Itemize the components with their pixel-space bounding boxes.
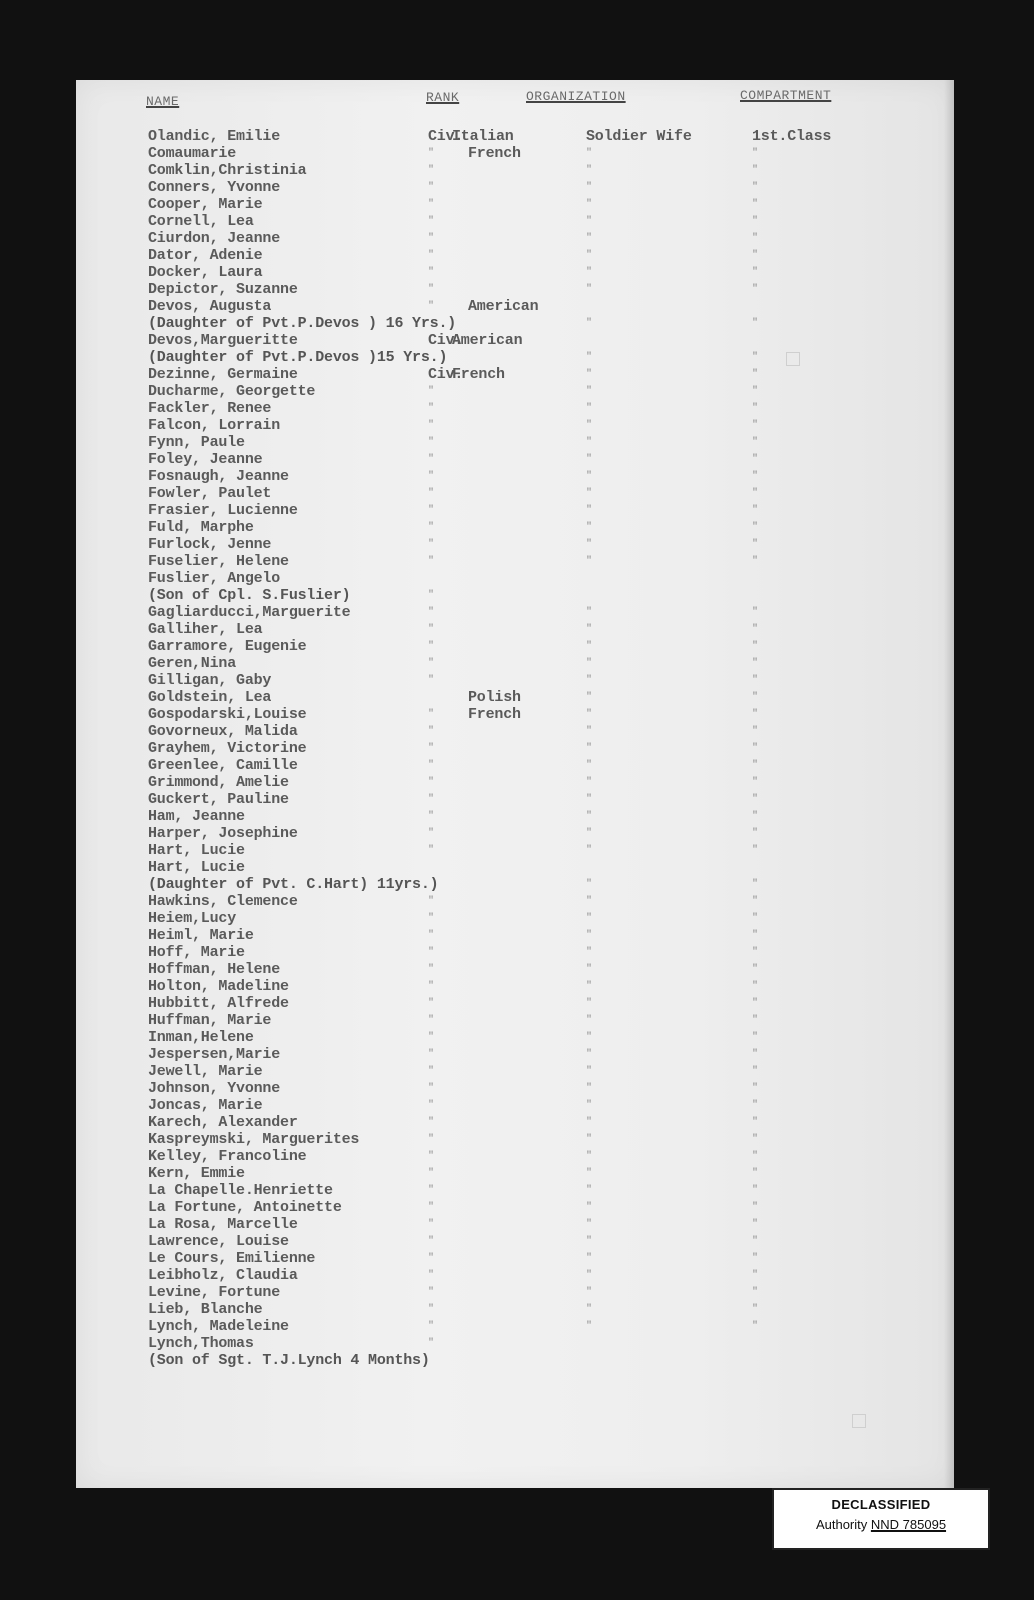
name-cell: Lieb, Blanche (148, 1301, 262, 1318)
rank-cell: " (428, 502, 434, 519)
table-row: Holton, Madeline""" (76, 978, 954, 995)
rank-cell: " (428, 247, 434, 264)
compartment-cell: 1st.Class (752, 128, 831, 145)
organization-cell: " (586, 196, 592, 213)
header-rank: RANK (426, 90, 459, 105)
organization-cell: " (586, 1284, 592, 1301)
rank-cell: " (428, 434, 434, 451)
stamp-authority: Authority NND 785095 (774, 1517, 988, 1532)
rank-cell: " (428, 1131, 434, 1148)
table-row: Ham, Jeanne""" (76, 808, 954, 825)
name-cell: Dezinne, Germaine (148, 366, 298, 383)
organization-cell: " (586, 383, 592, 400)
compartment-cell: " (752, 774, 758, 791)
compartment-cell: " (752, 1097, 758, 1114)
organization-cell: " (586, 315, 592, 332)
compartment-cell: " (752, 468, 758, 485)
name-cell: (Daughter of Pvt.P.Devos )15 Yrs.) (148, 349, 447, 366)
name-cell: Conners, Yvonne (148, 179, 280, 196)
table-row: Ciurdon, Jeanne""" (76, 230, 954, 247)
name-cell: Gagliarducci,Marguerite (148, 604, 350, 621)
table-row: Karech, Alexander""" (76, 1114, 954, 1131)
compartment-cell: " (752, 638, 758, 655)
compartment-cell: " (752, 213, 758, 230)
table-row: Conners, Yvonne""" (76, 179, 954, 196)
rank-cell: " (428, 1182, 434, 1199)
name-cell: Fynn, Paule (148, 434, 245, 451)
organization-cell: " (586, 366, 592, 383)
table-row: Dator, Adenie""" (76, 247, 954, 264)
name-cell: Inman,Helene (148, 1029, 254, 1046)
name-cell: Karech, Alexander (148, 1114, 298, 1131)
table-row: Kern, Emmie""" (76, 1165, 954, 1182)
compartment-cell: " (752, 536, 758, 553)
table-row: Galliher, Lea""" (76, 621, 954, 638)
compartment-cell: " (752, 978, 758, 995)
compartment-cell: " (752, 1080, 758, 1097)
name-cell: Gilligan, Gaby (148, 672, 271, 689)
table-row-note: (Son of Sgt. T.J.Lynch 4 Months) (76, 1352, 954, 1369)
table-row: Grayhem, Victorine""" (76, 740, 954, 757)
compartment-cell: " (752, 757, 758, 774)
table-row: Huffman, Marie""" (76, 1012, 954, 1029)
organization-cell: " (586, 1182, 592, 1199)
rank-cell: " (428, 995, 434, 1012)
name-cell: Gospodarski,Louise (148, 706, 306, 723)
name-cell: Fuslier, Angelo (148, 570, 280, 587)
table-row: Grimmond, Amelie""" (76, 774, 954, 791)
rank-cell: " (428, 417, 434, 434)
name-cell: (Son of Sgt. T.J.Lynch 4 Months) (148, 1352, 430, 1369)
compartment-cell: " (752, 876, 758, 893)
rank-cell: " (428, 264, 434, 281)
organization-cell: " (586, 281, 592, 298)
name-cell: Hoffman, Helene (148, 961, 280, 978)
organization-cell: " (586, 468, 592, 485)
table-row: Govorneux, Malida""" (76, 723, 954, 740)
header-organization: ORGANIZATION (526, 89, 626, 104)
rank-cell: " (428, 1199, 434, 1216)
table-row: Depictor, Suzanne""" (76, 281, 954, 298)
organization-cell: " (586, 434, 592, 451)
table-row: Frasier, Lucienne""" (76, 502, 954, 519)
name-cell: (Son of Cpl. S.Fuslier) (148, 587, 350, 604)
rank-cell: " (428, 791, 434, 808)
name-cell: Furlock, Jenne (148, 536, 271, 553)
name-cell: Heiem,Lucy (148, 910, 236, 927)
rank-cell: " (428, 485, 434, 502)
compartment-cell: " (752, 1012, 758, 1029)
compartment-cell: " (752, 485, 758, 502)
table-row: Hoff, Marie""" (76, 944, 954, 961)
declassified-stamp: DECLASSIFIED Authority NND 785095 (772, 1488, 990, 1550)
rank-cell: " (428, 1148, 434, 1165)
name-cell: Ducharme, Georgette (148, 383, 315, 400)
compartment-cell: " (752, 1233, 758, 1250)
organization-cell: " (586, 842, 592, 859)
organization-cell: " (586, 1165, 592, 1182)
table-row: Ducharme, Georgette""" (76, 383, 954, 400)
compartment-cell: " (752, 417, 758, 434)
compartment-cell: " (752, 1318, 758, 1335)
table-row: Hubbitt, Alfrede""" (76, 995, 954, 1012)
organization-cell: " (586, 672, 592, 689)
name-cell: Guckert, Pauline (148, 791, 289, 808)
rank-cell: " (428, 213, 434, 230)
table-row-note: (Daughter of Pvt. C.Hart) 11yrs.)"" (76, 876, 954, 893)
compartment-cell: " (752, 451, 758, 468)
name-cell: Galliher, Lea (148, 621, 262, 638)
rank-cell: " (428, 468, 434, 485)
name-cell: Holton, Madeline (148, 978, 289, 995)
name-cell: Lawrence, Louise (148, 1233, 289, 1250)
table-row: Hart, Lucie (76, 859, 954, 876)
organization-cell: " (586, 264, 592, 281)
name-cell: Fackler, Renee (148, 400, 271, 417)
name-cell: Greenlee, Camille (148, 757, 298, 774)
table-row: Garramore, Eugenie""" (76, 638, 954, 655)
margin-mark (786, 352, 800, 366)
name-cell: Kaspreymski, Marguerites (148, 1131, 359, 1148)
name-cell: Fosnaugh, Jeanne (148, 468, 289, 485)
name-cell: Johnson, Yvonne (148, 1080, 280, 1097)
rank-cell: " (428, 621, 434, 638)
organization-cell: " (586, 1233, 592, 1250)
rank-cell: " (428, 145, 434, 162)
name-cell: Goldstein, Lea (148, 689, 271, 706)
organization-cell: " (586, 961, 592, 978)
name-cell: Garramore, Eugenie (148, 638, 306, 655)
table-row: Fowler, Paulet""" (76, 485, 954, 502)
rank-cell: " (428, 553, 434, 570)
rank-cell: " (428, 1216, 434, 1233)
rank-cell: " (428, 1318, 434, 1335)
name-cell: (Daughter of Pvt. C.Hart) 11yrs.) (148, 876, 438, 893)
table-row: Gilligan, Gaby""" (76, 672, 954, 689)
name-cell: Comklin,Christinia (148, 162, 306, 179)
name-cell: Hart, Lucie (148, 842, 245, 859)
table-row: Jewell, Marie""" (76, 1063, 954, 1080)
organization-cell: " (586, 774, 592, 791)
name-cell: Hubbitt, Alfrede (148, 995, 289, 1012)
name-cell: Jespersen,Marie (148, 1046, 280, 1063)
compartment-cell: " (752, 825, 758, 842)
compartment-cell: " (752, 230, 758, 247)
table-row: Dezinne, GermaineCiv.French"" (76, 366, 954, 383)
nationality-cell: Polish (468, 689, 521, 706)
compartment-cell: " (752, 1114, 758, 1131)
table-row: Levine, Fortune""" (76, 1284, 954, 1301)
organization-cell: " (586, 349, 592, 366)
compartment-cell: " (752, 519, 758, 536)
name-cell: Hoff, Marie (148, 944, 245, 961)
table-row: Fuld, Marphe""" (76, 519, 954, 536)
table-row: Fynn, Paule""" (76, 434, 954, 451)
organization-cell: " (586, 791, 592, 808)
table-row: Cooper, Marie""" (76, 196, 954, 213)
document-page: NAME RANK ORGANIZATION COMPARTMENT Oland… (76, 80, 954, 1488)
compartment-cell: " (752, 1165, 758, 1182)
compartment-cell: " (752, 1216, 758, 1233)
compartment-cell: " (752, 1182, 758, 1199)
compartment-cell: " (752, 1267, 758, 1284)
table-row: Furlock, Jenne""" (76, 536, 954, 553)
nationality-cell: Italian (452, 128, 514, 145)
name-cell: Fuld, Marphe (148, 519, 254, 536)
organization-cell: " (586, 417, 592, 434)
compartment-cell: " (752, 944, 758, 961)
rank-cell: " (428, 196, 434, 213)
organization-cell: " (586, 927, 592, 944)
table-row: Johnson, Yvonne""" (76, 1080, 954, 1097)
organization-cell: " (586, 723, 592, 740)
organization-cell: " (586, 910, 592, 927)
name-cell: Ciurdon, Jeanne (148, 230, 280, 247)
organization-cell: " (586, 706, 592, 723)
rank-cell: " (428, 281, 434, 298)
table-row: Guckert, Pauline""" (76, 791, 954, 808)
organization-cell: " (586, 740, 592, 757)
compartment-cell: " (752, 315, 758, 332)
compartment-cell: " (752, 893, 758, 910)
rank-cell: " (428, 179, 434, 196)
name-cell: Joncas, Marie (148, 1097, 262, 1114)
organization-cell: " (586, 621, 592, 638)
organization-cell: " (586, 230, 592, 247)
name-cell: La Fortune, Antoinette (148, 1199, 342, 1216)
compartment-cell: " (752, 842, 758, 859)
rank-cell: " (428, 808, 434, 825)
rank-cell: " (428, 1063, 434, 1080)
compartment-cell: " (752, 961, 758, 978)
rank-cell: " (428, 1335, 434, 1352)
organization-cell: " (586, 485, 592, 502)
stamp-authority-label: Authority (816, 1517, 867, 1532)
compartment-cell: " (752, 672, 758, 689)
table-row: Comaumarie"French"" (76, 145, 954, 162)
compartment-cell: " (752, 1046, 758, 1063)
compartment-cell: " (752, 553, 758, 570)
rank-cell: " (428, 757, 434, 774)
rank-cell: " (428, 655, 434, 672)
organization-cell: " (586, 1199, 592, 1216)
name-cell: Dator, Adenie (148, 247, 262, 264)
table-row: Geren,Nina""" (76, 655, 954, 672)
name-cell: Geren,Nina (148, 655, 236, 672)
name-cell: Grayhem, Victorine (148, 740, 306, 757)
organization-cell: " (586, 1216, 592, 1233)
compartment-cell: " (752, 1250, 758, 1267)
nationality-cell: French (452, 366, 505, 383)
rank-cell: " (428, 451, 434, 468)
table-row: Hart, Lucie""" (76, 842, 954, 859)
table-row-note: (Daughter of Pvt.P.Devos ) 16 Yrs.)"" (76, 315, 954, 332)
rank-cell: " (428, 400, 434, 417)
table-row: Leibholz, Claudia""" (76, 1267, 954, 1284)
organization-cell: " (586, 400, 592, 417)
table-row: Le Cours, Emilienne""" (76, 1250, 954, 1267)
header-compartment: COMPARTMENT (740, 88, 831, 103)
rank-cell: " (428, 1250, 434, 1267)
rank-cell: " (428, 927, 434, 944)
table-row-note: (Daughter of Pvt.P.Devos )15 Yrs.)"" (76, 349, 954, 366)
organization-cell: " (586, 502, 592, 519)
organization-cell: " (586, 893, 592, 910)
organization-cell: " (586, 519, 592, 536)
compartment-cell: " (752, 791, 758, 808)
table-row: Docker, Laura""" (76, 264, 954, 281)
name-cell: Jewell, Marie (148, 1063, 262, 1080)
name-cell: Lynch, Madeleine (148, 1318, 289, 1335)
compartment-cell: " (752, 179, 758, 196)
table-row: Olandic, EmilieCiv.ItalianSoldier Wife1s… (76, 128, 954, 145)
rank-cell: " (428, 910, 434, 927)
compartment-cell: " (752, 502, 758, 519)
name-cell: Huffman, Marie (148, 1012, 271, 1029)
table-row: Fosnaugh, Jeanne""" (76, 468, 954, 485)
rank-cell: " (428, 740, 434, 757)
organization-cell: " (586, 451, 592, 468)
table-row: Hoffman, Helene""" (76, 961, 954, 978)
compartment-cell: " (752, 1131, 758, 1148)
organization-cell: " (586, 689, 592, 706)
compartment-cell: " (752, 1063, 758, 1080)
table-row: Comklin,Christinia""" (76, 162, 954, 179)
header-name: NAME (146, 94, 179, 109)
compartment-cell: " (752, 723, 758, 740)
organization-cell: " (586, 978, 592, 995)
compartment-cell: " (752, 247, 758, 264)
compartment-cell: " (752, 196, 758, 213)
organization-cell: " (586, 1046, 592, 1063)
organization-cell: " (586, 638, 592, 655)
table-row: Hawkins, Clemence""" (76, 893, 954, 910)
name-cell: Kelley, Francoline (148, 1148, 306, 1165)
table-row: Fuselier, Helene""" (76, 553, 954, 570)
name-cell: Kern, Emmie (148, 1165, 245, 1182)
table-row: Kaspreymski, Marguerites""" (76, 1131, 954, 1148)
organization-cell: " (586, 553, 592, 570)
organization-cell: " (586, 1148, 592, 1165)
compartment-cell: " (752, 706, 758, 723)
rank-cell: " (428, 519, 434, 536)
table-row: Heiml, Marie""" (76, 927, 954, 944)
stamp-title: DECLASSIFIED (774, 1497, 988, 1512)
name-cell: Fuselier, Helene (148, 553, 289, 570)
compartment-cell: " (752, 349, 758, 366)
rank-cell: " (428, 604, 434, 621)
table-row: Heiem,Lucy""" (76, 910, 954, 927)
compartment-cell: " (752, 264, 758, 281)
compartment-cell: " (752, 383, 758, 400)
compartment-cell: " (752, 400, 758, 417)
organization-cell: " (586, 944, 592, 961)
rank-cell: " (428, 638, 434, 655)
organization-cell: " (586, 179, 592, 196)
compartment-cell: " (752, 366, 758, 383)
rank-cell: " (428, 1046, 434, 1063)
table-row: Joncas, Marie""" (76, 1097, 954, 1114)
organization-cell: " (586, 655, 592, 672)
compartment-cell: " (752, 621, 758, 638)
organization-cell: " (586, 1063, 592, 1080)
organization-cell: " (586, 1250, 592, 1267)
table-row: Harper, Josephine""" (76, 825, 954, 842)
table-row: La Fortune, Antoinette""" (76, 1199, 954, 1216)
organization-cell: " (586, 1097, 592, 1114)
margin-mark (852, 1414, 866, 1428)
organization-cell: " (586, 162, 592, 179)
organization-cell: " (586, 1318, 592, 1335)
compartment-cell: " (752, 604, 758, 621)
table-row: Cornell, Lea""" (76, 213, 954, 230)
name-cell: Devos, Augusta (148, 298, 271, 315)
table-row: Falcon, Lorrain""" (76, 417, 954, 434)
name-cell: Lynch,Thomas (148, 1335, 254, 1352)
nationality-cell: American (468, 298, 538, 315)
organization-cell: " (586, 1114, 592, 1131)
organization-cell: " (586, 145, 592, 162)
rank-cell: " (428, 1097, 434, 1114)
rank-cell: " (428, 893, 434, 910)
compartment-cell: " (752, 808, 758, 825)
stamp-authority-code: NND 785095 (871, 1517, 946, 1532)
rank-cell: " (428, 162, 434, 179)
name-cell: Hawkins, Clemence (148, 893, 298, 910)
rank-cell: " (428, 587, 434, 604)
organization-cell: " (586, 1012, 592, 1029)
organization-cell: " (586, 995, 592, 1012)
compartment-cell: " (752, 1148, 758, 1165)
name-cell: Olandic, Emilie (148, 128, 280, 145)
rank-cell: " (428, 1301, 434, 1318)
rank-cell: " (428, 842, 434, 859)
rank-cell: " (428, 1267, 434, 1284)
table-row: Kelley, Francoline""" (76, 1148, 954, 1165)
name-cell: Grimmond, Amelie (148, 774, 289, 791)
organization-cell: " (586, 1131, 592, 1148)
rank-cell: " (428, 978, 434, 995)
name-cell: Hart, Lucie (148, 859, 245, 876)
organization-cell: " (586, 825, 592, 842)
table-row: Greenlee, Camille""" (76, 757, 954, 774)
name-cell: Docker, Laura (148, 264, 262, 281)
name-cell: Cornell, Lea (148, 213, 254, 230)
organization-cell: " (586, 213, 592, 230)
name-cell: Depictor, Suzanne (148, 281, 298, 298)
rank-cell: " (428, 774, 434, 791)
compartment-cell: " (752, 1284, 758, 1301)
table-row: Devos,MargueritteCiv.American (76, 332, 954, 349)
compartment-cell: " (752, 1199, 758, 1216)
compartment-cell: " (752, 162, 758, 179)
name-cell: Devos,Margueritte (148, 332, 298, 349)
organization-cell: " (586, 757, 592, 774)
name-cell: Frasier, Lucienne (148, 502, 298, 519)
rank-cell: " (428, 383, 434, 400)
rank-cell: " (428, 298, 434, 315)
nationality-cell: French (468, 145, 521, 162)
table-row: Lynch,Thomas" (76, 1335, 954, 1352)
name-cell: Cooper, Marie (148, 196, 262, 213)
name-cell: La Chapelle.Henriette (148, 1182, 333, 1199)
table-row: Lynch, Madeleine""" (76, 1318, 954, 1335)
table-row: Fackler, Renee""" (76, 400, 954, 417)
name-cell: Levine, Fortune (148, 1284, 280, 1301)
organization-cell: " (586, 1029, 592, 1046)
table-row: Fuslier, Angelo (76, 570, 954, 587)
compartment-cell: " (752, 910, 758, 927)
